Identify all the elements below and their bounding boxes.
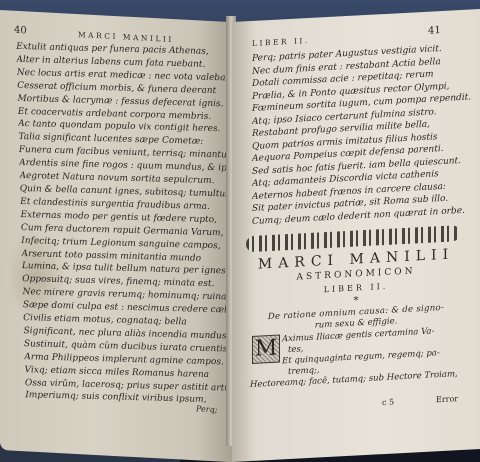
left-text-block: Extulit antiquas per funera pacis Athena… [16,41,232,409]
right-folio: 41 [428,25,441,37]
right-running-head: LIBER II. [252,36,310,48]
right-catchword: Error [436,394,458,404]
right-text-block: Perq; patris pater Augustus vestigia vic… [252,41,471,227]
signature-mark: c 5 [382,398,394,408]
left-folio: 40 [14,25,27,37]
right-page: LIBER II. 41 Perq; patris pater Augustus… [232,9,480,462]
left-catchword: Perq; [196,404,217,414]
left-page: 40 MARCI MANILII Extulit antiquas per fu… [0,10,232,462]
decorated-initial: M [252,334,280,363]
